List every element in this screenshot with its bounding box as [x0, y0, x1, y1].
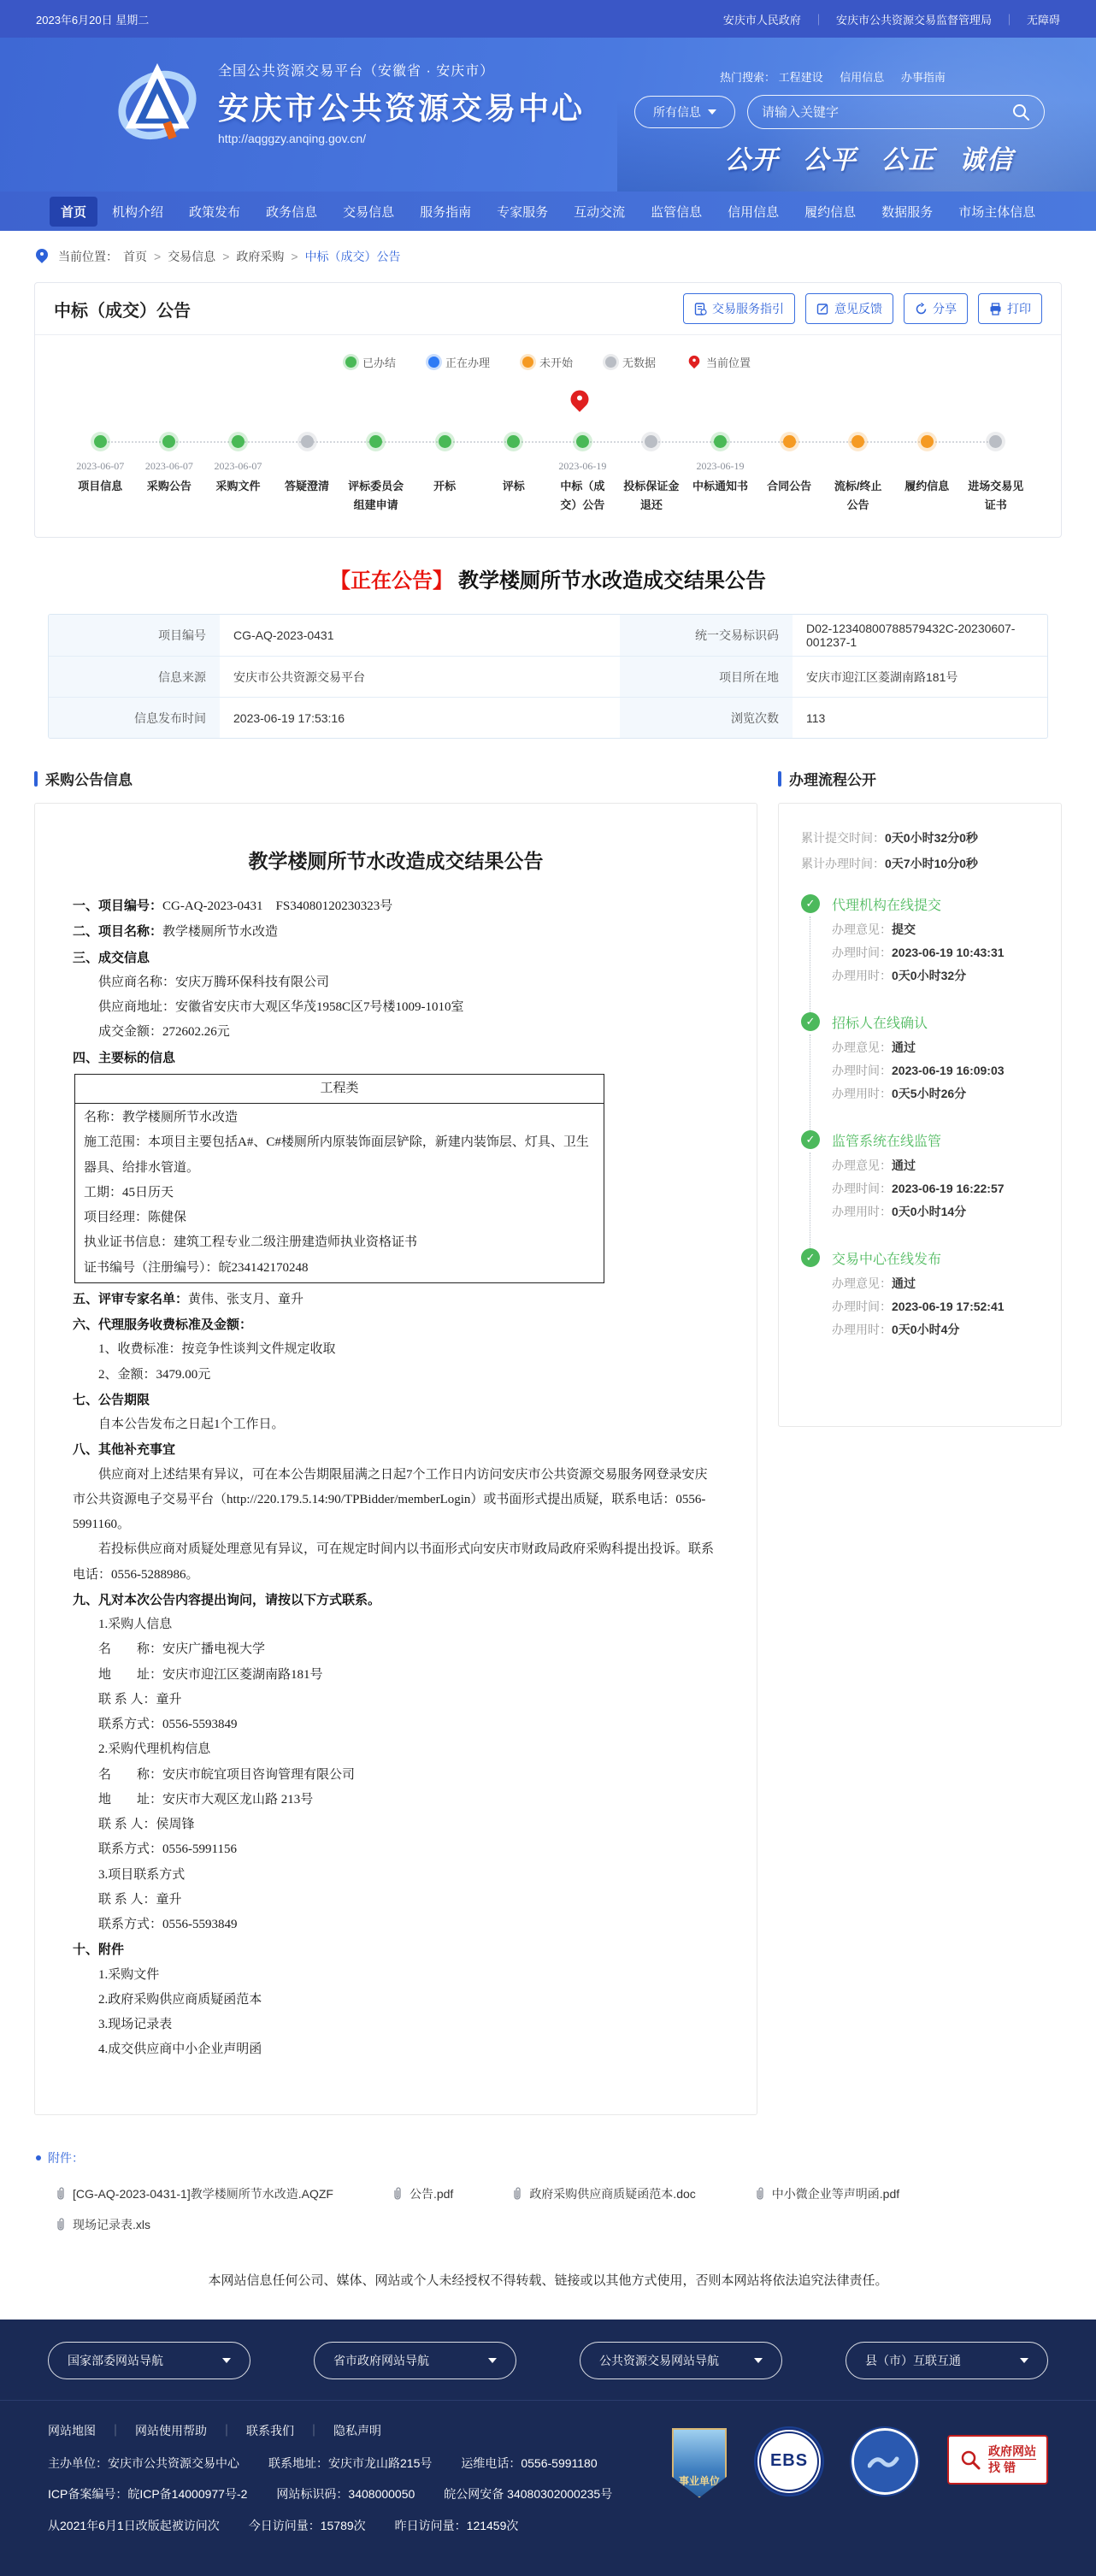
publish-time-value: 2023-06-19 17:53:16 — [220, 697, 620, 738]
legend-no-data: 无数据 — [605, 354, 656, 370]
main-navigation: 首页 机构介绍 政策发布 政务信息 交易信息 服务指南 专家服务 互动交流 监管… — [0, 192, 1096, 231]
timeline-step-contract-announcement[interactable]: 合同公告 — [755, 416, 824, 515]
subject-matter-table: 工程类 名称：教学楼厕所节水改造 施工范围：本项目主要包括A#、C#楼厕所内原装… — [74, 1074, 604, 1283]
link-city-government[interactable]: 安庆市人民政府 — [723, 11, 801, 27]
breadcrumb-current: 中标（成交）公告 — [305, 248, 401, 265]
footer-visits-line: 从2021年6月1日改版起被访问次 今日访问量：15789次 昨日访问量：121… — [48, 2516, 612, 2535]
timeline-step-award-announcement-current[interactable]: 2023-06-19中标（成交）公告 — [548, 416, 617, 515]
timeline-step-clarification[interactable]: 答疑澄清 — [273, 416, 342, 515]
site-logo-icon — [115, 56, 199, 149]
print-button[interactable]: 打印 — [978, 293, 1042, 324]
chevron-down-icon — [708, 109, 716, 115]
print-label: 打印 — [1007, 300, 1031, 317]
status-badge: 【正在公告】 — [330, 569, 453, 592]
cooperation-alliance-badge[interactable] — [851, 2428, 918, 2495]
breadcrumb-separator: > — [291, 250, 298, 263]
legend-completed: 已办结 — [345, 354, 396, 370]
location-pin-icon — [36, 249, 48, 264]
nav-item-market-entity[interactable]: 市场主体信息 — [947, 197, 1046, 227]
nav-item-interaction[interactable]: 互动交流 — [563, 197, 636, 227]
total-submit-time: 累计提交时间：0天0小时32分0秒 — [801, 829, 1039, 846]
nav-item-credit[interactable]: 信用信息 — [716, 197, 790, 227]
chevron-down-icon — [754, 2358, 763, 2363]
project-location-value: 安庆市迎江区菱湖南路181号 — [793, 656, 1047, 697]
timeline-step-procurement-announcement[interactable]: 2023-06-07采购公告 — [135, 416, 204, 515]
timeline-legend: 已办结 正在办理 未开始 无数据 当前位置 — [35, 335, 1061, 375]
legend-in-progress: 正在办理 — [428, 354, 490, 370]
chevron-down-icon — [1020, 2358, 1028, 2363]
total-handle-time: 累计办理时间：0天7小时10分0秒 — [801, 855, 1039, 872]
attachments-section: 附件： [CG-AQ-2023-0431-1]教学楼厕所节水改造.AQZF 公告… — [36, 2149, 1060, 2233]
current-date: 2023年6月20日 星期二 — [36, 11, 149, 27]
process-timeline: 2023-06-07项目信息 2023-06-07采购公告 2023-06-07… — [35, 375, 1061, 537]
footer-link-sitemap[interactable]: 网站地图 — [48, 2421, 96, 2440]
attachment-file-record-xls[interactable]: 现场记录表.xls — [55, 2216, 150, 2233]
check-circle-icon: ✓ — [801, 1248, 820, 1267]
breadcrumb-trade-info[interactable]: 交易信息 — [168, 248, 215, 265]
attachment-file-announcement-pdf[interactable]: 公告.pdf — [392, 2185, 453, 2202]
breadcrumb: 当前位置： 首页 > 交易信息 > 政府采购 > 中标（成交）公告 — [0, 231, 1096, 277]
magnifier-icon — [959, 2449, 981, 2471]
attachment-file-sme-declaration-pdf[interactable]: 中小微企业等声明函.pdf — [754, 2185, 899, 2202]
info-label: 统一交易标识码 — [620, 615, 793, 656]
edit-icon — [816, 303, 829, 315]
feedback-button[interactable]: 意见反馈 — [805, 293, 893, 324]
announcement-document: 教学楼厕所节水改造成交结果公告 一、项目编号：CG-AQ-2023-0431 F… — [34, 803, 757, 2114]
paperclip-icon — [754, 2187, 766, 2201]
site-header: 全国公共资源交易平台（安徽省 · 安庆市） 安庆市公共资源交易中心 http:/… — [0, 38, 1096, 192]
footer-organizer-line: 主办单位：安庆市公共资源交易中心 联系地址：安庆市龙山路215号 运维电话：05… — [48, 2454, 612, 2473]
paperclip-icon — [511, 2187, 523, 2201]
section-header-procurement-info: 采购公告信息 — [34, 768, 757, 789]
orange-dot-icon — [522, 357, 533, 368]
timeline-step-bid-evaluation[interactable]: 评标 — [479, 416, 548, 515]
check-circle-icon: ✓ — [801, 894, 820, 913]
document-icon — [694, 303, 707, 315]
site-brand[interactable]: 全国公共资源交易平台（安徽省 · 安庆市） 安庆市公共资源交易中心 http:/… — [115, 56, 585, 149]
footer-dropdown-county-link[interactable]: 县（市）互联互通 — [846, 2342, 1048, 2379]
flow-step-tenderee-confirm: ✓ 招标人在线确认 办理意见：通过 办理时间：2023-06-19 16:09:… — [801, 1012, 1039, 1130]
flow-step-center-publish: ✓ 交易中心在线发布 办理意见：通过 办理时间：2023-06-19 17:52… — [801, 1248, 1039, 1366]
search-box[interactable] — [747, 95, 1045, 129]
ebs-certification-badge[interactable]: EBS — [756, 2428, 822, 2495]
divider: ｜ — [1004, 11, 1015, 27]
share-label: 分享 — [933, 300, 957, 317]
check-circle-icon: ✓ — [801, 1012, 820, 1031]
section-accent-bar — [778, 771, 781, 787]
nav-item-expert[interactable]: 专家服务 — [486, 197, 559, 227]
project-number-value: CG-AQ-2023-0431 — [220, 615, 620, 656]
divider: ｜ — [813, 11, 824, 27]
breadcrumb-separator: > — [222, 250, 229, 263]
footer-link-privacy[interactable]: 隐私声明 — [333, 2421, 381, 2440]
info-label: 信息发布时间 — [49, 697, 220, 738]
green-dot-icon — [345, 357, 356, 368]
feedback-label: 意见反馈 — [834, 300, 882, 317]
nav-item-gov-info[interactable]: 政务信息 — [255, 197, 328, 227]
gray-dot-icon — [605, 357, 616, 368]
paperclip-icon — [55, 2218, 67, 2231]
nav-item-supervision[interactable]: 监管信息 — [639, 197, 713, 227]
footer-dropdown-trading-sites[interactable]: 公共资源交易网站导航 — [580, 2342, 782, 2379]
search-category-dropdown[interactable]: 所有信息 — [634, 96, 735, 128]
flow-step-supervision: ✓ 监管系统在线监管 办理意见：通过 办理时间：2023-06-19 16:22… — [801, 1130, 1039, 1248]
platform-name: 全国公共资源交易平台（安徽省 · 安庆市） — [218, 60, 585, 80]
link-supervision-bureau[interactable]: 安庆市公共资源交易监督管理局 — [836, 11, 992, 27]
share-icon — [915, 303, 928, 315]
current-position-pin-icon — [571, 391, 589, 414]
legend-not-started: 未开始 — [522, 354, 573, 370]
announcement-panel: 中标（成交）公告 交易服务指引 意见反馈 分享 打印 已办结 正在办理 未开始 … — [34, 282, 1062, 538]
trade-service-guide-label: 交易服务指引 — [712, 300, 784, 317]
legend-current-position: 当前位置 — [688, 354, 751, 370]
timeline-step-project-info[interactable]: 2023-06-07项目信息 — [66, 416, 135, 515]
search-input[interactable] — [762, 105, 1011, 120]
link-accessibility[interactable]: 无障碍 — [1027, 11, 1060, 27]
timeline-step-failed-terminated[interactable]: 流标/终止公告 — [823, 416, 893, 515]
hot-search-label: 热门搜索： — [720, 71, 775, 84]
gov-site-find-error-badge[interactable]: 政府网站找错 — [947, 2435, 1048, 2485]
chevron-down-icon — [488, 2358, 497, 2363]
timeline-step-procurement-document[interactable]: 2023-06-07采购文件 — [203, 416, 273, 515]
table-header-project-type: 工程类 — [75, 1075, 604, 1104]
attachment-file-query-template-doc[interactable]: 政府采购供应商质疑函范本.doc — [511, 2185, 695, 2202]
nav-item-trade-info[interactable]: 交易信息 — [332, 197, 405, 227]
site-footer: 国家部委网站导航 省市政府网站导航 公共资源交易网站导航 县（市）互联互通 网站… — [0, 2320, 1096, 2576]
hot-term-guide[interactable]: 办事指南 — [901, 71, 946, 84]
footer-icp-line: ICP备案编号：皖ICP备14000977号-2 网站标识码：340800005… — [48, 2485, 612, 2503]
public-institution-badge[interactable]: 事业单位 — [672, 2428, 727, 2498]
top-utility-bar: 2023年6月20日 星期二 安庆市人民政府 ｜ 安庆市公共资源交易监督管理局 … — [0, 0, 1096, 38]
trade-code-value: D02-12340800788579432C-20230607-001237-1 — [793, 615, 1047, 656]
chevron-down-icon — [222, 2358, 231, 2363]
footer-link-help[interactable]: 网站使用帮助 — [135, 2421, 207, 2440]
hot-search-bar: 热门搜索： 工程建设 信用信息 办事指南 — [634, 68, 1045, 85]
attachment-file-aqzf[interactable]: [CG-AQ-2023-0431-1]教学楼厕所节水改造.AQZF — [55, 2185, 333, 2202]
nav-item-data-service[interactable]: 数据服务 — [870, 197, 944, 227]
nav-item-performance[interactable]: 履约信息 — [793, 197, 867, 227]
breadcrumb-home[interactable]: 首页 — [123, 248, 147, 265]
copyright-disclaimer: 本网站信息任何公司、媒体、网站或个人未经授权不得转载、链接或以其他方式使用，否则… — [0, 2271, 1096, 2289]
check-circle-icon: ✓ — [801, 1130, 820, 1149]
footer-dropdown-ministries[interactable]: 国家部委网站导航 — [48, 2342, 250, 2379]
red-pin-icon — [689, 355, 700, 368]
flow-step-agency-submit: ✓ 代理机构在线提交 办理意见：提交 办理时间：2023-06-19 10:43… — [801, 894, 1039, 1012]
share-button[interactable]: 分享 — [904, 293, 968, 324]
timeline-step-committee-application[interactable]: 评标委员会组建申请 — [341, 416, 410, 515]
search-category-value: 所有信息 — [653, 103, 701, 121]
footer-link-contact[interactable]: 联系我们 — [246, 2421, 294, 2440]
info-label: 信息来源 — [49, 656, 220, 697]
breadcrumb-separator: > — [154, 250, 161, 263]
bullet-icon — [36, 2155, 41, 2160]
info-source-value: 安庆市公共资源交易平台 — [220, 656, 620, 697]
announcement-title: 教学楼厕所节水改造成交结果公告 — [458, 569, 766, 592]
breadcrumb-gov-procurement[interactable]: 政府采购 — [236, 248, 284, 265]
document-title: 教学楼厕所节水改造成交结果公告 — [73, 843, 719, 881]
wave-icon — [868, 2450, 902, 2473]
project-info-table: 项目编号 CG-AQ-2023-0431 统一交易标识码 D02-1234080… — [48, 614, 1048, 739]
info-label: 浏览次数 — [620, 697, 793, 738]
printer-icon — [989, 303, 1002, 315]
info-label: 项目编号 — [49, 615, 220, 656]
section-header-process-flow: 办理流程公开 — [778, 768, 1062, 789]
paperclip-icon — [392, 2187, 404, 2201]
hot-term-engineering[interactable]: 工程建设 — [779, 71, 823, 84]
hot-term-credit[interactable]: 信用信息 — [840, 71, 884, 84]
blue-dot-icon — [428, 357, 439, 368]
breadcrumb-label: 当前位置： — [58, 248, 118, 265]
trade-service-guide-button[interactable]: 交易服务指引 — [683, 293, 795, 324]
view-count-value: 113 — [793, 697, 1047, 738]
nav-item-policy[interactable]: 政策发布 — [178, 197, 251, 227]
search-icon[interactable] — [1011, 103, 1030, 121]
site-name: 安庆市公共资源交易中心 — [218, 85, 585, 128]
timeline-step-award-notice[interactable]: 2023-06-19中标通知书 — [686, 416, 755, 515]
process-flow-card: 累计提交时间：0天0小时32分0秒 累计办理时间：0天7小时10分0秒 ✓ 代理… — [778, 803, 1062, 1427]
nav-item-home[interactable]: 首页 — [50, 197, 97, 227]
paperclip-icon — [55, 2187, 67, 2201]
footer-dropdown-provincial[interactable]: 省市政府网站导航 — [314, 2342, 516, 2379]
page-title: 中标（成交）公告 — [54, 297, 191, 321]
info-label: 项目所在地 — [620, 656, 793, 697]
site-url: http://aqggzy.anqing.gov.cn/ — [218, 132, 585, 145]
attachments-label: 附件： — [48, 2149, 84, 2166]
timeline-step-deposit-refund[interactable]: 投标保证金退还 — [617, 416, 686, 515]
timeline-step-witness-certificate[interactable]: 进场交易见证书 — [962, 416, 1031, 515]
timeline-step-performance-info[interactable]: 履约信息 — [893, 416, 962, 515]
announcement-headline: 【正在公告】教学楼厕所节水改造成交结果公告 — [0, 563, 1096, 593]
timeline-step-bid-opening[interactable]: 开标 — [410, 416, 480, 515]
nav-item-service-guide[interactable]: 服务指南 — [409, 197, 482, 227]
header-slogan: 公开 公平 公正 诚信 — [725, 139, 1015, 176]
section-accent-bar — [34, 771, 38, 787]
nav-item-about[interactable]: 机构介绍 — [101, 197, 174, 227]
